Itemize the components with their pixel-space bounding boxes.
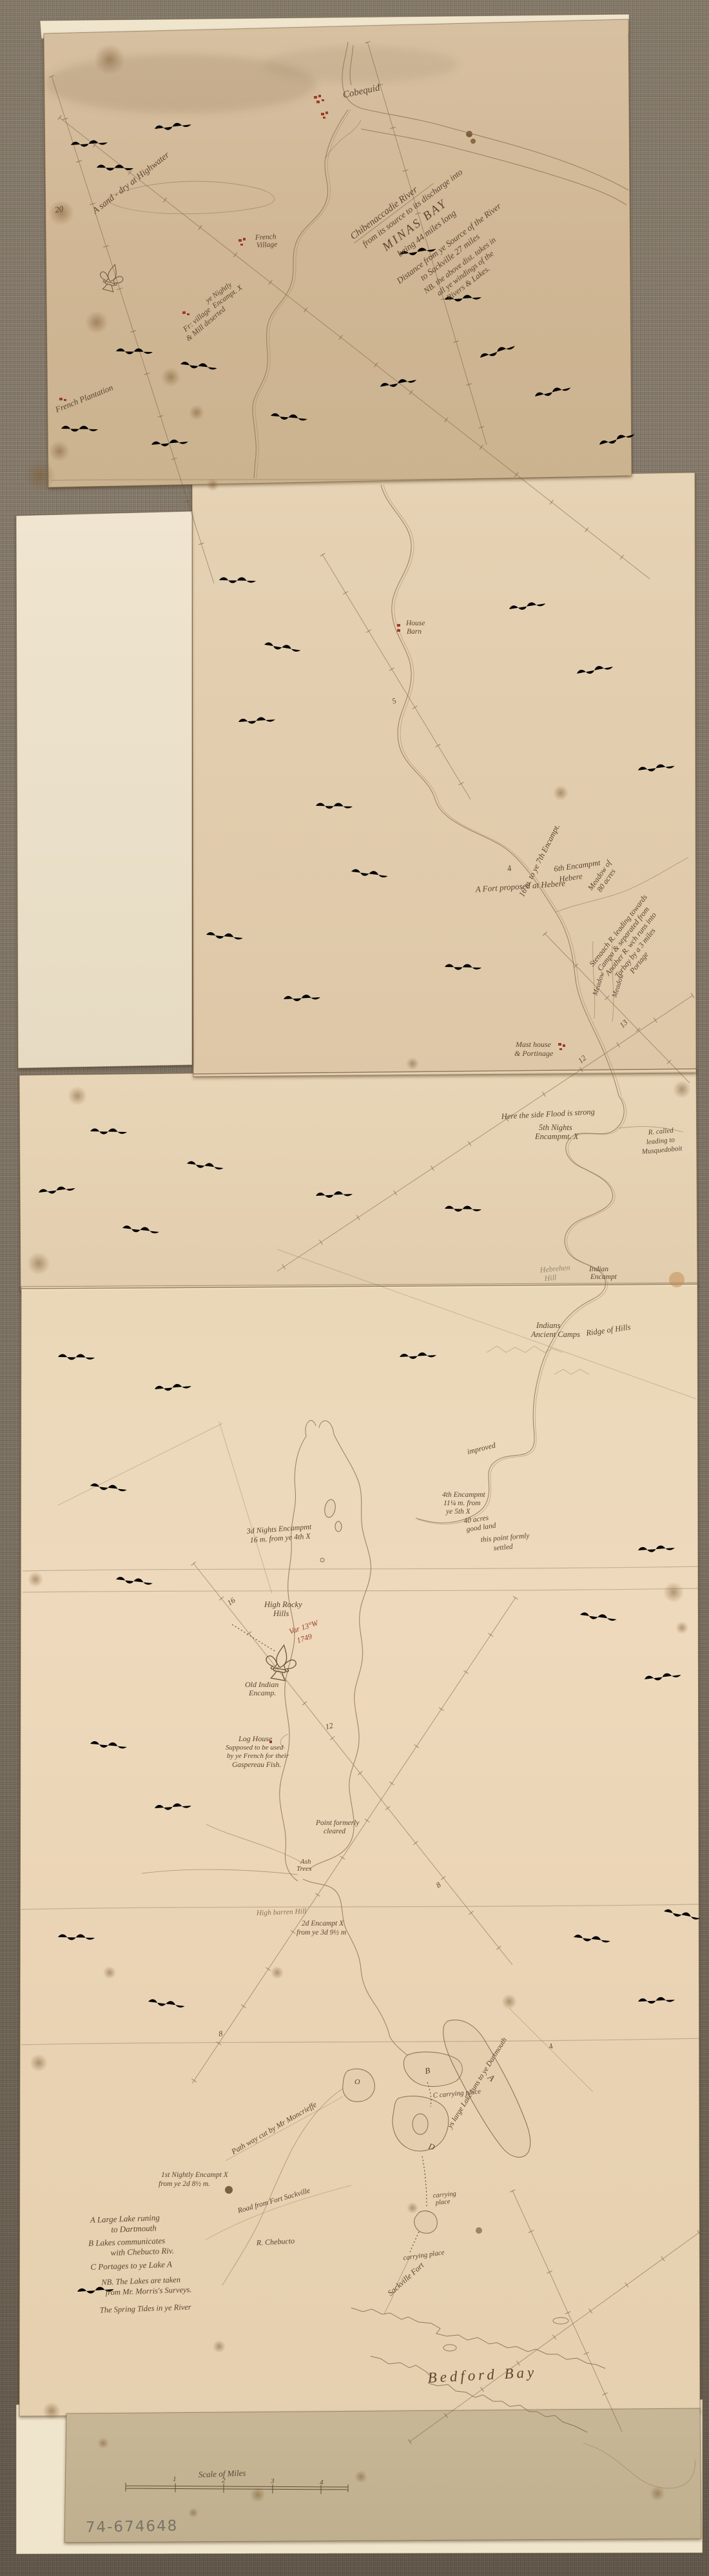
label-old-indian-2: Encamp. <box>248 1688 276 1697</box>
label-enc5-2: Encampmt. X <box>534 1132 579 1141</box>
legend-a-2: to Dartmouth <box>111 2223 157 2234</box>
label-barn: Barn <box>407 628 422 636</box>
scale-2: 2 <box>222 2477 226 2484</box>
label-ancient-camps-1: Indians <box>536 1321 561 1330</box>
label-hebrehen-2: Hill <box>543 1273 557 1283</box>
label-enc1-1: 1st Nightly Encampt X <box>161 2171 229 2179</box>
label-enc2-2: from ye 3d 9½ m <box>296 1929 346 1937</box>
label-rocky-hills-2: Hills <box>273 1609 289 1618</box>
label-house: House <box>405 620 425 627</box>
label-french-village-2: Village <box>257 240 278 249</box>
label-old-indian-1: Old Indian <box>245 1680 278 1689</box>
paper-sheets <box>16 14 703 2554</box>
label-enc4-3: ye 5th X <box>445 1508 471 1516</box>
paper-sheet-white-patch <box>16 511 192 1068</box>
scale-3: 3 <box>270 2477 275 2485</box>
label-log-house-3: by ye French for their <box>227 1752 289 1760</box>
label-indian-enc-1: Indian <box>588 1265 608 1273</box>
map-scan: Cobequid A sand - dry at Highwater 20 Fr… <box>0 0 709 2576</box>
label-indian-enc-2: Encampt <box>590 1273 617 1281</box>
label-enc4-2: 11¼ m. from <box>443 1499 481 1507</box>
label-lake-o: O <box>354 2077 360 2086</box>
label-log-house-2: Supposed to be used <box>226 1744 284 1751</box>
scale-1: 1 <box>173 2475 177 2483</box>
label-enc5-1: 5th Nights <box>539 1123 572 1132</box>
linen-backing: Cobequid A sand - dry at Highwater 20 Fr… <box>0 0 709 2576</box>
paper-sheet-3 <box>19 1068 697 1291</box>
label-enc4-1: 4th Encampmt <box>442 1491 486 1499</box>
label-mast-house-1: Mast house <box>515 1040 552 1049</box>
label-rocky-hills-1: High Rocky <box>264 1600 302 1609</box>
label-log-house-1: Log House <box>238 1734 273 1743</box>
label-carrying-2b: place <box>434 2198 451 2207</box>
label-enc1-2: from ye 2d 8½ m. <box>159 2180 210 2188</box>
scale-4: 4 <box>320 2479 324 2486</box>
label-ash-2: Trees <box>296 1865 311 1873</box>
catalog-number: 74-674648 <box>86 2518 179 2536</box>
label-point-cleared-1: Point formerly <box>315 1819 360 1827</box>
label-enc2-1: 2d Encampt X <box>302 1920 344 1927</box>
label-point-cleared-2: cleared <box>324 1828 345 1835</box>
label-log-house-4: Gaspereau Fish. <box>232 1761 281 1769</box>
label-ancient-camps-2: Ancient Camps <box>530 1330 580 1339</box>
label-mast-house-2: & Portinage <box>514 1049 554 1058</box>
